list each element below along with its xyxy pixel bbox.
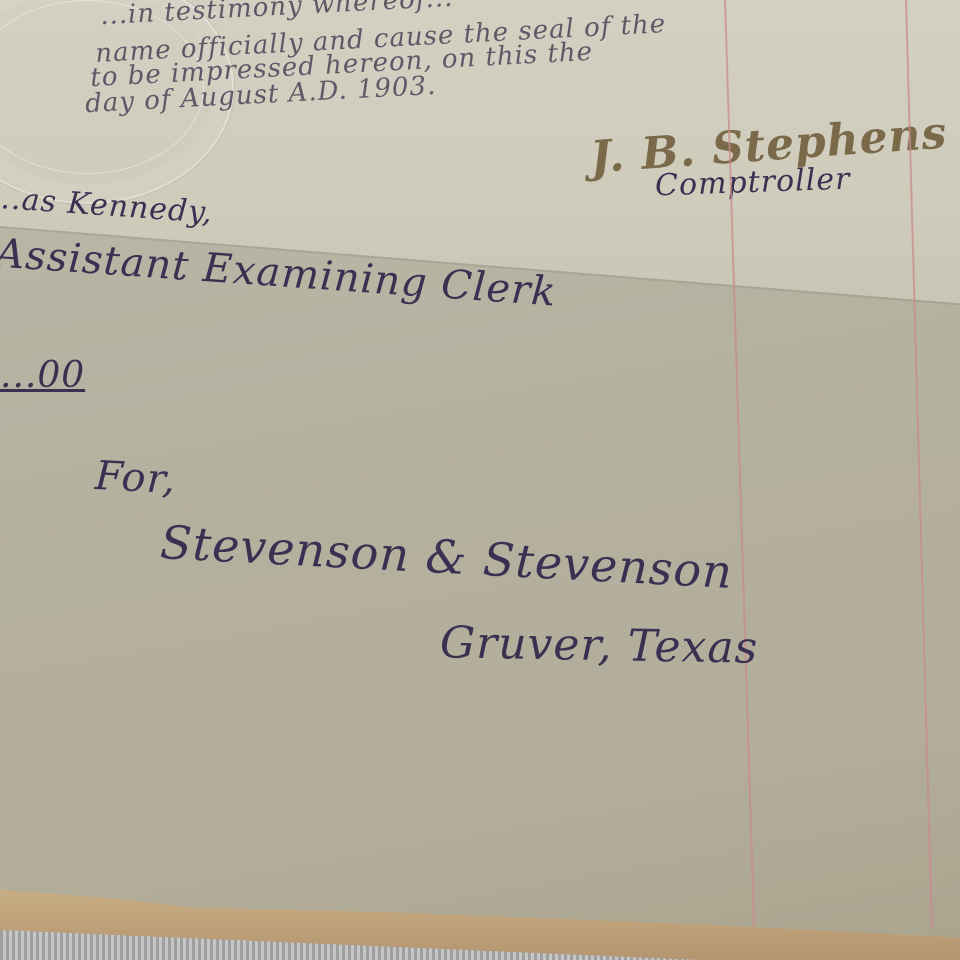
document-photo: ...in testimony whereof... name official… [0,0,960,960]
amount: ...00 [0,355,85,396]
for-label: For, [94,453,177,503]
signature-title: Comptroller [654,162,851,204]
firm-location: Gruver, Texas [440,617,759,674]
